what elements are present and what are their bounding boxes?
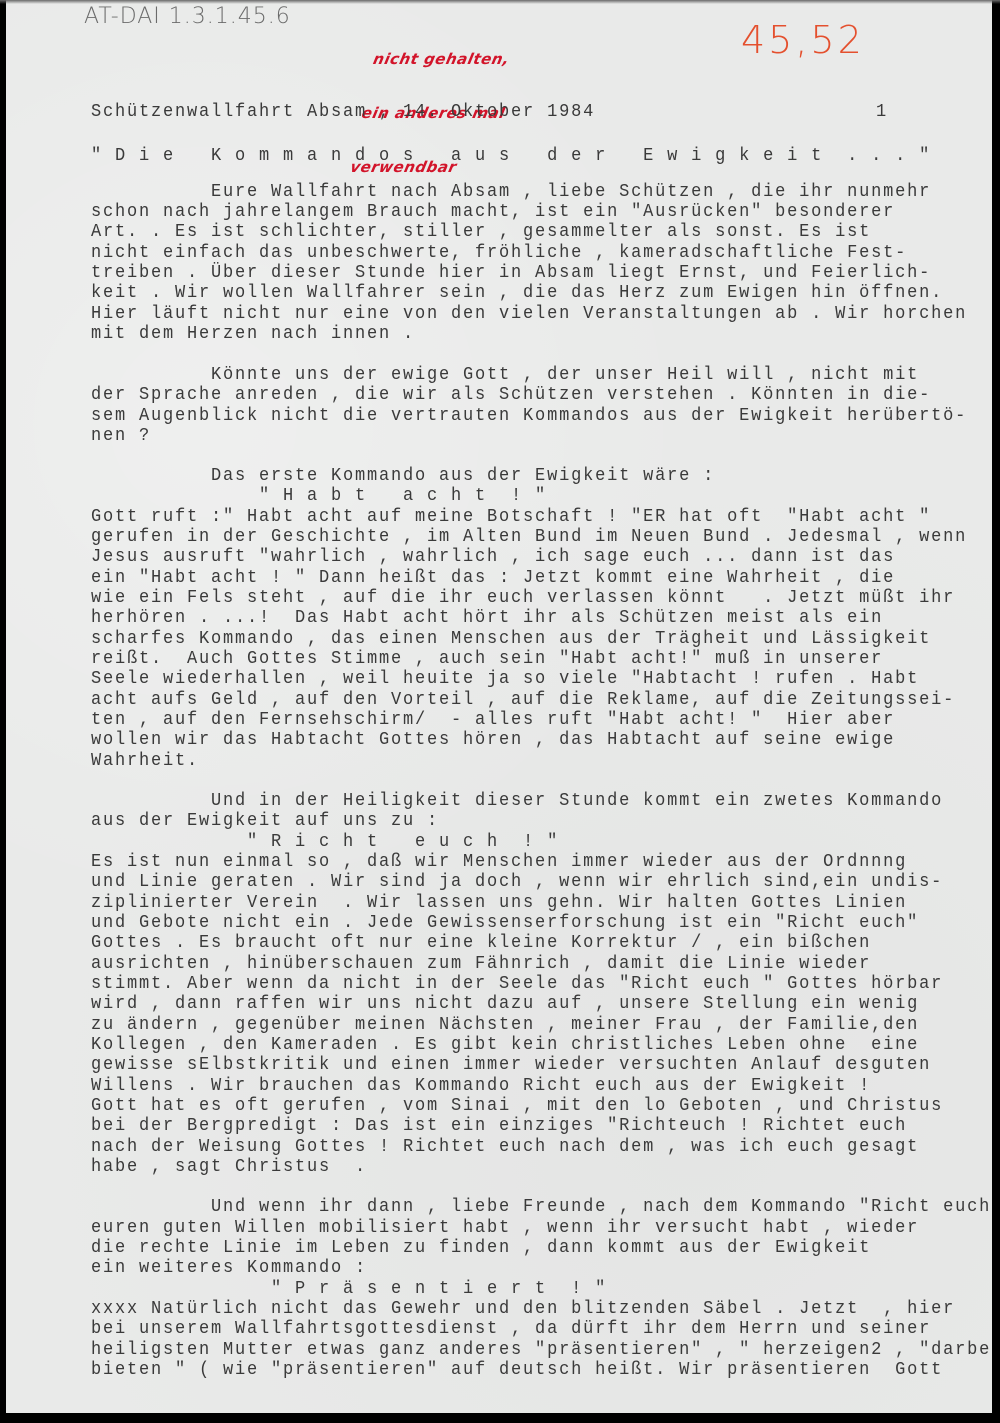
text-line: Art. . Es ist schlichter, stiller , gesa… [91, 222, 871, 244]
text-line: nach der Weisung Gottes ! Richtet euch n… [91, 1137, 919, 1159]
text-line: ausrichten , hinüberschauen zum Fähnrich… [91, 954, 871, 976]
text-line: Gottes . Es braucht oft nur eine kleine … [91, 933, 871, 955]
text-line: Könnte uns der ewige Gott , der unser He… [91, 365, 919, 387]
text-line: wie ein Fels steht , auf die ihr euch ve… [91, 588, 955, 610]
text-line: Hier läuft nicht nur eine von den vielen… [91, 304, 967, 326]
text-line: herhören . ...! Das Habt acht hört ihr a… [91, 608, 883, 630]
text-line: bei unserem Wallfahrtsgottesdienst , da … [91, 1319, 931, 1341]
text-line: " H a b t a c h t ! " [91, 486, 547, 508]
text-line: Willens . Wir brauchen das Kommando Rich… [91, 1076, 871, 1098]
text-line: xxxx Natürlich nicht das Gewehr und den … [91, 1299, 955, 1321]
text-line: Seele wiederhallen , weil heuite ja so v… [91, 669, 919, 691]
text-line: Es ist nun einmal so , daß wir Menschen … [91, 852, 907, 874]
text-line: nen ? [91, 426, 151, 448]
text-line: aus der Ewigkeit auf uns zu : [91, 811, 439, 833]
scan-edge [0, 0, 1000, 4]
text-line: ziplinierter Verein . Wir lassen uns geh… [91, 893, 907, 915]
archive-id-annotation: AT-DAI 1.3.1.45.6 [84, 4, 291, 29]
text-line: scharfes Kommando , das einen Menschen a… [91, 629, 931, 651]
text-line: der Sprache anreden , die wir als Schütz… [91, 385, 931, 407]
text-line: Kollegen , den Kameraden . Es gibt kein … [91, 1035, 919, 1057]
document-title: " D i e K o m m a n d o s a u s d e r E … [91, 146, 931, 168]
text-line: sem Augenblick nicht die vertrauten Komm… [91, 406, 967, 428]
text-line: stimmt. Aber wenn da nicht in der Seele … [91, 974, 943, 996]
text-line: wollen wir das Habtacht Gottes hören , d… [91, 730, 895, 752]
text-line: ten , auf den Fernsehschirm/ - alles ruf… [91, 710, 895, 732]
document-page: AT-DAI 1.3.1.45.6 nicht gehalten, ein an… [6, 0, 992, 1413]
text-line: acht aufs Geld , auf den Vorteil , auf d… [91, 690, 955, 712]
text-line: bei der Bergpredigt : Das ist ein einzig… [91, 1116, 907, 1138]
text-line: die rechte Linie im Leben zu finden , da… [91, 1238, 871, 1260]
text-line: Und wenn ihr dann , liebe Freunde , nach… [91, 1197, 991, 1219]
text-line: und Gebote nicht ein . Jede Gewissenserf… [91, 913, 919, 935]
folio-number: 45,52 [741, 18, 865, 62]
text-line: Gott hat es oft gerufen , vom Sinai , mi… [91, 1096, 943, 1118]
text-line: und Linie geraten . Wir sind ja doch , w… [91, 872, 943, 894]
page-number: 1 [876, 102, 888, 124]
text-line: wird , dann raffen wir uns nicht dazu au… [91, 994, 919, 1016]
text-line: " R i c h t e u c h ! " [91, 832, 559, 854]
document-header-occasion: Schützenwallfahrt Absam , 14. Oktober 19… [91, 102, 595, 124]
text-line: euren guten Willen mobilisiert habt , we… [91, 1218, 919, 1240]
text-line: ein weiteres Kommando : [91, 1258, 367, 1280]
text-line: treiben . Über dieser Stunde hier in Abs… [91, 263, 931, 285]
text-line: schon nach jahrelangem Brauch macht, ist… [91, 202, 895, 224]
text-line: keit . Wir wollen Wallfahrer sein , die … [91, 283, 943, 305]
text-line: habe , sagt Christus . [91, 1157, 367, 1179]
handwritten-note-line: nicht gehalten, [372, 50, 519, 68]
text-line: zu ändern , gegenüber meinen Nächsten , … [91, 1015, 919, 1037]
text-line: " P r ä s e n t i e r t ! " [91, 1279, 607, 1301]
text-line: Und in der Heiligkeit dieser Stunde komm… [91, 791, 943, 813]
text-line: mit dem Herzen nach innen . [91, 324, 415, 346]
text-line: gerufen in der Geschichte , im Alten Bun… [91, 527, 967, 549]
text-line: ein "Habt acht ! " Dann heißt das : Jetz… [91, 568, 895, 590]
text-line: reißt. Auch Gottes Stimme , auch sein "H… [91, 649, 883, 671]
text-line: heiligsten Mutter etwas ganz anderes "pr… [91, 1340, 991, 1362]
text-line: Wahrheit. [91, 751, 199, 773]
text-line: nicht einfach das unbeschwerte, fröhlich… [91, 243, 907, 265]
text-line: Eure Wallfahrt nach Absam , liebe Schütz… [91, 182, 931, 204]
text-line: Jesus ausruft "wahrlich , wahrlich , ich… [91, 547, 895, 569]
text-line: Das erste Kommando aus der Ewigkeit wäre… [91, 466, 715, 488]
text-line: gewisse sElbstkritik und einen immer wie… [91, 1055, 931, 1077]
text-line: bieten " ( wie "präsentieren" auf deutsc… [91, 1360, 943, 1382]
text-line: Gott ruft :" Habt acht auf meine Botscha… [91, 507, 931, 529]
